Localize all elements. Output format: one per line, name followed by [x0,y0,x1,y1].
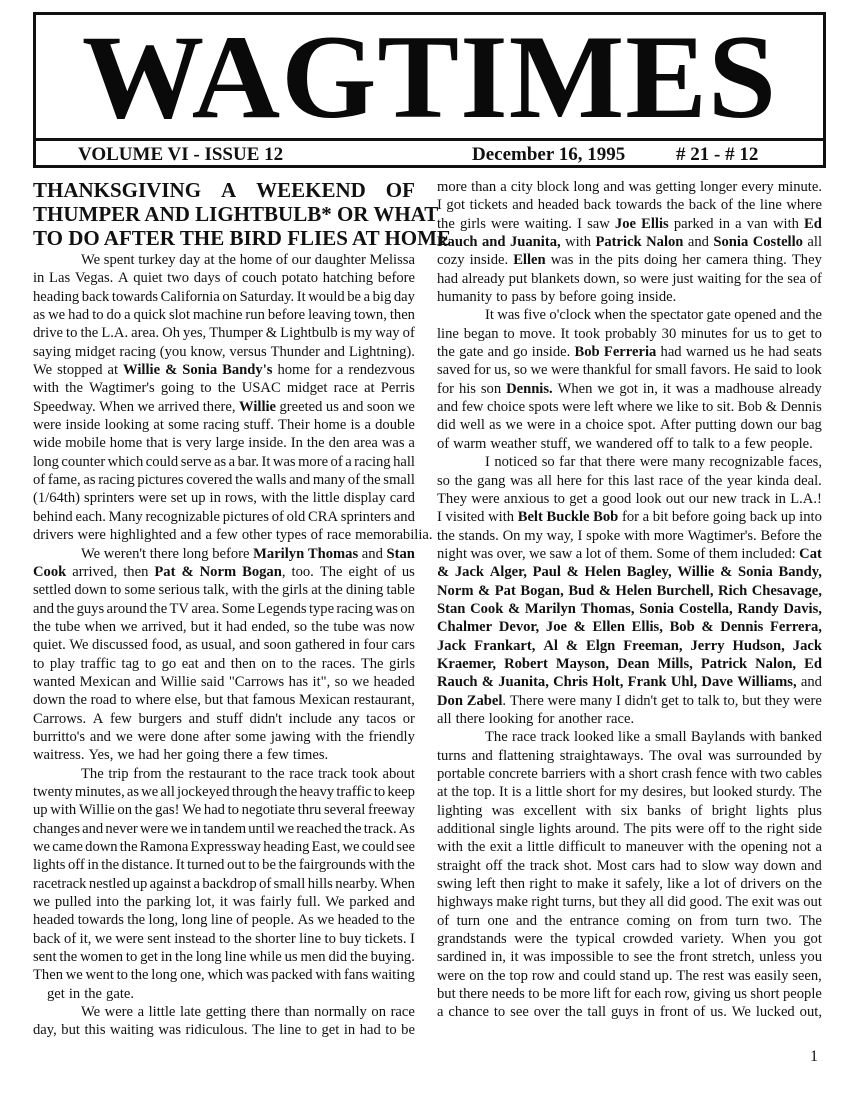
text-line: driverswerehighlightedandafewothertypeso… [33,526,415,544]
text-line: wantedMexicanandWilliesaid"Carrowshasit"… [33,673,415,691]
text-line: twentyminutes,aswealljockeyedthroughtheh… [33,783,415,801]
text-line: Itwasfiveo'clockwhenthespectatorgateopen… [437,306,822,324]
text-line: widemobilehomethatisverylargeinside.Inth… [33,434,415,452]
text-line: thegateandgoinside.BobFerreriahadwarnedu… [437,343,822,361]
text-line: additionalsinglelightsaround.Thepitswere… [437,820,822,838]
text-line: Theywereanxioustogetagoodlookoutournewtr… [437,490,822,508]
text-line: sothegangwasallhereforthislastraceofthey… [437,472,822,490]
text-line: thegirlswerewaiting.IsawJoeEllisparkedin… [437,215,822,233]
text-line: StanCook&MarilynThomas,SoniaCostella,Ran… [437,600,822,618]
text-line: day,butthiswaitingwasridiculous.Thelinet… [33,1021,415,1039]
text-line: backofit,weweresentinsteadtotheshorterli… [33,930,415,948]
text-line: burritto'sandweweredoneaftersomejawingwi… [33,728,415,746]
text-line: wereinsidelookingatsomeracingstuff.Their… [33,416,415,434]
text-line: savedforus,sowewerethankfulforsmallfavor… [437,361,822,379]
text-line: Weweren'ttherelongbeforeMarilynThomasand… [33,545,415,563]
text-line: achancetoseeoverthetallguysinfrontofus.W… [437,1003,822,1021]
text-line: Wewerealittlelategettingtherethannormall… [33,1003,415,1021]
text-line: toplaytraffictagtogoeatandthenontotherac… [33,655,415,673]
text-line: sardinedin,itwasimpossibletoseethefronts… [437,948,822,966]
text-line: Carrows.Afewburgersandstuffdidn'tinclude… [33,710,415,728]
text-line: waitress.Yes,wehadhergoingthereafewtimes… [33,746,415,764]
text-line: wereonthetoprowandcouldstandup.Therestwa… [437,967,822,985]
text-line: portableconcretebarrierswithashortcrashf… [437,765,822,783]
text-line: andtheguysaroundtheTVarea.SomeLegendstyp… [33,600,415,618]
text-line: Norm&PatBogan,Bud&HelenBurchell,RichChes… [437,582,822,600]
text-line: withtheWagtimer'sgoingtotheUSACmidgetrac… [33,379,415,397]
text-line: offame,asracingpicturescoveredthewallsan… [33,471,415,489]
text-line: butthereneedstobemoreliftforeachrow,givi… [437,985,822,1003]
text-line: Igotticketsandheadedbacktowardsthebackof… [437,196,822,214]
text-line: drivetotheL.A.area.Ohyes,Thumper&Lightbu… [33,324,415,342]
text-line: straightoffthetrackshot.Mostcarshadtoslo… [437,857,822,875]
text-line: turnsandflatteningstraightaways.Theovalw… [437,747,822,765]
text-line: alltherelookingforanotherrace. [437,710,822,728]
text-line: ofwarmweatherstuff,wewanderedofftotalkto… [437,435,822,453]
text-line: hadalreadyputblanketsdown,sowerejustwait… [437,270,822,288]
text-line: didwellaswewereinachoicespot.Afterputtin… [437,416,822,434]
text-line: linebegantomove.Ittookprobably30minutesf… [437,325,822,343]
issue-date: December 16, 1995 [472,144,625,166]
text-line: settleddowntosomeserioustalk,withthegirl… [33,581,415,599]
text-line: WestoppedatWillie&SoniaBandy'shomeforare… [33,361,415,379]
issue-numbers: # 21 - # 12 [676,144,758,166]
text-line: andfewchoicespotswereleftwhereweliketosi… [437,398,822,416]
text-line: sentthewomentogetinthelonglinewhileusmen… [33,948,415,966]
text-line: lightsoffinthedistance.Itturnedouttobeth… [33,856,415,874]
text-line: quiet.Wediscussedfood,asusual,andsoongat… [33,636,415,654]
text-line: ofturnoneandtheentrancecomingonfromturnt… [437,912,822,930]
text-line: humanitytopassbybeforegoinginside. [437,288,822,306]
text-line: getinthegate. [33,985,415,1003]
text-line: DonZabel.ThereweremanyIdidn'tgettotalkto… [437,692,822,710]
text-line: morethanacityblocklongandwasgettinglonge… [437,178,822,196]
text-line: Thenwewenttothelongone,whichwaspackedwit… [33,966,415,984]
volume-issue: VOLUME VI - ISSUE 12 [78,144,283,166]
text-line: lightingwasexcellentwithsixbanksofbright… [437,802,822,820]
text-line: Thetripfromtherestauranttotheracetrackto… [33,765,415,783]
text-line: headingbacktowardsCaliforniaonSaturday.I… [33,288,415,306]
text-line: Rauch&Juanita,ChrisHolt,FrankUhl,DaveWil… [437,673,822,691]
headline-line-3: TO DO AFTER THE BIRD FLIES AT HOME [33,226,415,250]
text-line: Inoticedsofarthatthereweremanyrecognizab… [437,453,822,471]
issue-info-bar: VOLUME VI - ISSUE 12 December 16, 1995 #… [36,138,823,166]
text-line: RauchandJuanita,withPatrickNalonandSonia… [437,233,822,251]
text-line: wepulledintotheparkinglot,itwasfairlyful… [33,893,415,911]
text-line: behindeach.Manyrecognizablepicturesofold… [33,508,415,526]
text-line: thetubewhenwearrived,butithadended,sothe… [33,618,415,636]
text-line: WespentturkeydayatthehomeofourdaughterMe… [33,251,415,269]
text-line: grandstandswerethetypicalcrowdedvariety.… [437,930,822,948]
left-column-body: WespentturkeydayatthehomeofourdaughterMe… [33,251,415,1040]
right-column-body: morethanacityblocklongandwasgettinglonge… [437,178,822,1022]
text-line: forhissonDennis.Whenwegotin,itwasamadhou… [437,380,822,398]
text-line: Speedway.Whenwearrivedthere,Williegreete… [33,398,415,416]
text-line: headedtowardsthelong,longlineofpeople.As… [33,911,415,929]
text-line: IvisitedwithBeltBuckleBobforabitbeforego… [437,508,822,526]
text-line: Kraemer,RobertMayson,DeanMills,PatrickNa… [437,655,822,673]
text-line: downtheroadtowhereelse,butthatfamousMexi… [33,691,415,709]
headline-word: THANKSGIVING [33,178,201,202]
text-line: longcounterwhichcouldserveasabar.Itwasmo… [33,453,415,471]
text-line: (1/64th)sprintersweresetupinrows,withthe… [33,489,415,507]
text-line: thestands.Onmyway,IspokewithmoreWagtimer… [437,527,822,545]
headline-word: OF [386,178,415,202]
text-line: wecamedowntheRamonaExpresswayheadingEast… [33,838,415,856]
text-line: upwithWillieonthegas!Wehadtonegotiatethr… [33,801,415,819]
headline-word: A [221,178,236,202]
text-line: ChalmerDevor,Joe&EllenEllis,Bob&DennisFe… [437,618,822,636]
text-line: JackFrankart,Al&ElgnFreeman,JerryHudson,… [437,637,822,655]
text-line: aswehadtodoaquickslotmachinerunbeforelea… [33,306,415,324]
text-line: sayingmidgetracing(youknow,versusThunder… [33,343,415,361]
text-line: withtheexitalittledifficulttomaneuverwit… [437,838,822,856]
text-line: Cookarrived,thenPat&NormBogan,too.Theeig… [33,563,415,581]
newsletter-title: WAGTIMES [28,17,831,137]
masthead: WAGTIMES VOLUME VI - ISSUE 12 December 1… [33,12,826,168]
text-line: cozyinside.Ellenwasinthepitsdoinghercame… [437,251,822,269]
text-line: changesandneverwereweintandemuntilwereac… [33,820,415,838]
text-line: inLasVegas.Aquiettwodaysofcouchpotatohat… [33,269,415,287]
headline-word: WEEKEND [256,178,366,202]
text-line: highwaysmakerightturns,buttheyalldidgood… [437,893,822,911]
headline-line-2: THUMPER AND LIGHTBULB* OR WHAT [33,202,415,226]
left-column: THANKSGIVINGAWEEKENDOF THUMPER AND LIGHT… [33,178,415,1040]
article-headline: THANKSGIVINGAWEEKENDOF THUMPER AND LIGHT… [33,178,415,250]
page-number: 1 [810,1048,818,1066]
text-line: racetracknestledupagainstabackdropofsmal… [33,875,415,893]
text-line: TheracetracklookedlikeasmallBaylandswith… [437,728,822,746]
text-line: &JackAlger,Paul&HelenBagley,Willie&Sonia… [437,563,822,581]
text-line: atthetop.Itisalittleshortformydesires,bu… [437,783,822,801]
right-column: morethanacityblocklongandwasgettinglonge… [437,178,822,1022]
text-line: nightwasover,wesawalotofthem.Someofthemi… [437,545,822,563]
headline-line-1: THANKSGIVINGAWEEKENDOF [33,178,415,202]
text-line: swingleftthenrighttomakeitsafely,likealo… [437,875,822,893]
